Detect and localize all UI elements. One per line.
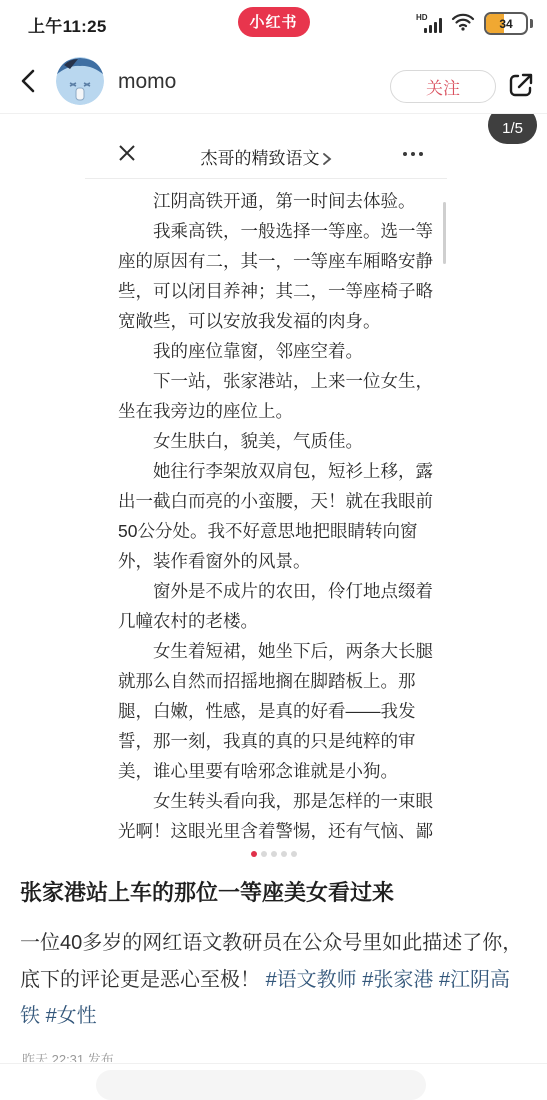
carousel-dots (0, 851, 547, 857)
article-separator (85, 178, 447, 179)
avatar[interactable] (56, 57, 104, 105)
article-paragraph: 江阴高铁开通，第一时间去体验。 (118, 186, 440, 216)
clock-time: 上午11:25 (28, 12, 107, 37)
post-title: 张家港站上车的那位一等座美女看过来 (20, 876, 527, 907)
battery-icon: 34 (484, 12, 528, 35)
dot (281, 851, 287, 857)
nav-bar: momo 关注 (0, 50, 547, 113)
article-body-text: 江阴高铁开通，第一时间去体验。 我乘高铁，一般选择一等座。选一等座的原因有二，其… (118, 186, 440, 840)
wifi-icon (451, 10, 475, 37)
dot-active (251, 851, 257, 857)
article-paragraph: 女生转头看向我，那是怎样的一束眼光啊！这眼光里含着警惕，还有气恼、鄙夷、不屑。是… (118, 786, 440, 840)
username[interactable]: momo (118, 70, 176, 94)
battery-nub (530, 19, 533, 28)
post-body: 一位40多岁的网红语文教研员在公众号里如此描述了你，底下的评论更是恶心至极！ #… (20, 925, 529, 1035)
chevron-right-icon (322, 152, 332, 166)
cellular-signal-icon: HD (416, 13, 442, 35)
back-icon[interactable] (16, 68, 42, 94)
article-paragraph: 她往行李架放双肩包，短衫上移，露出一截白而亮的小蛮腰，天！就在我眼前50公分处。… (118, 456, 440, 576)
article-paragraph: 女生着短裙，她坐下后，两条大长腿就那么自然而招摇地搁在脚踏板上。那腿，白嫩，性感… (118, 636, 440, 786)
post-image-carousel[interactable]: 1/5 杰哥的精致语文 江阴高铁开通，第一时间去体验。 我乘高铁，一般选择一等座… (0, 113, 547, 845)
article-account-title: 杰哥的精致语文 (85, 144, 447, 169)
status-icons: HD 34 (416, 10, 533, 37)
bottom-divider (0, 1063, 547, 1064)
status-bar: 上午11:25 小红书 HD 34 (0, 0, 547, 50)
dot (291, 851, 297, 857)
comment-input-peek[interactable] (96, 1070, 426, 1080)
hashtag-link[interactable]: #语文教师 (266, 969, 357, 991)
article-paragraph: 女生肤白，貌美，气质佳。 (118, 426, 440, 456)
share-icon[interactable] (506, 70, 536, 100)
article-paragraph: 窗外是不成片的农田，伶仃地点缀着几幢农村的老楼。 (118, 576, 440, 636)
hashtag-link[interactable]: #女性 (46, 1005, 97, 1027)
article-paragraph: 我乘高铁，一般选择一等座。选一等座的原因有二，其一，一等座车厢略安静些，可以闭目… (118, 216, 440, 336)
hashtag-link[interactable]: #张家港 (362, 969, 433, 991)
xiaohongshu-badge: 小红书 (237, 7, 309, 37)
more-icon (403, 152, 423, 156)
follow-button[interactable]: 关注 (390, 70, 496, 103)
dot (261, 851, 267, 857)
article-scrollbar (443, 202, 446, 264)
article-paragraph: 我的座位靠窗，邻座空着。 (118, 336, 440, 366)
article-header: 杰哥的精致语文 (85, 134, 447, 174)
article-paragraph: 下一站，张家港站，上来一位女生，坐在我旁边的座位上。 (118, 366, 440, 426)
post-timestamp: 昨天 22:31 发布 (22, 1049, 114, 1062)
image-counter-badge: 1/5 (488, 113, 537, 144)
dot (271, 851, 277, 857)
